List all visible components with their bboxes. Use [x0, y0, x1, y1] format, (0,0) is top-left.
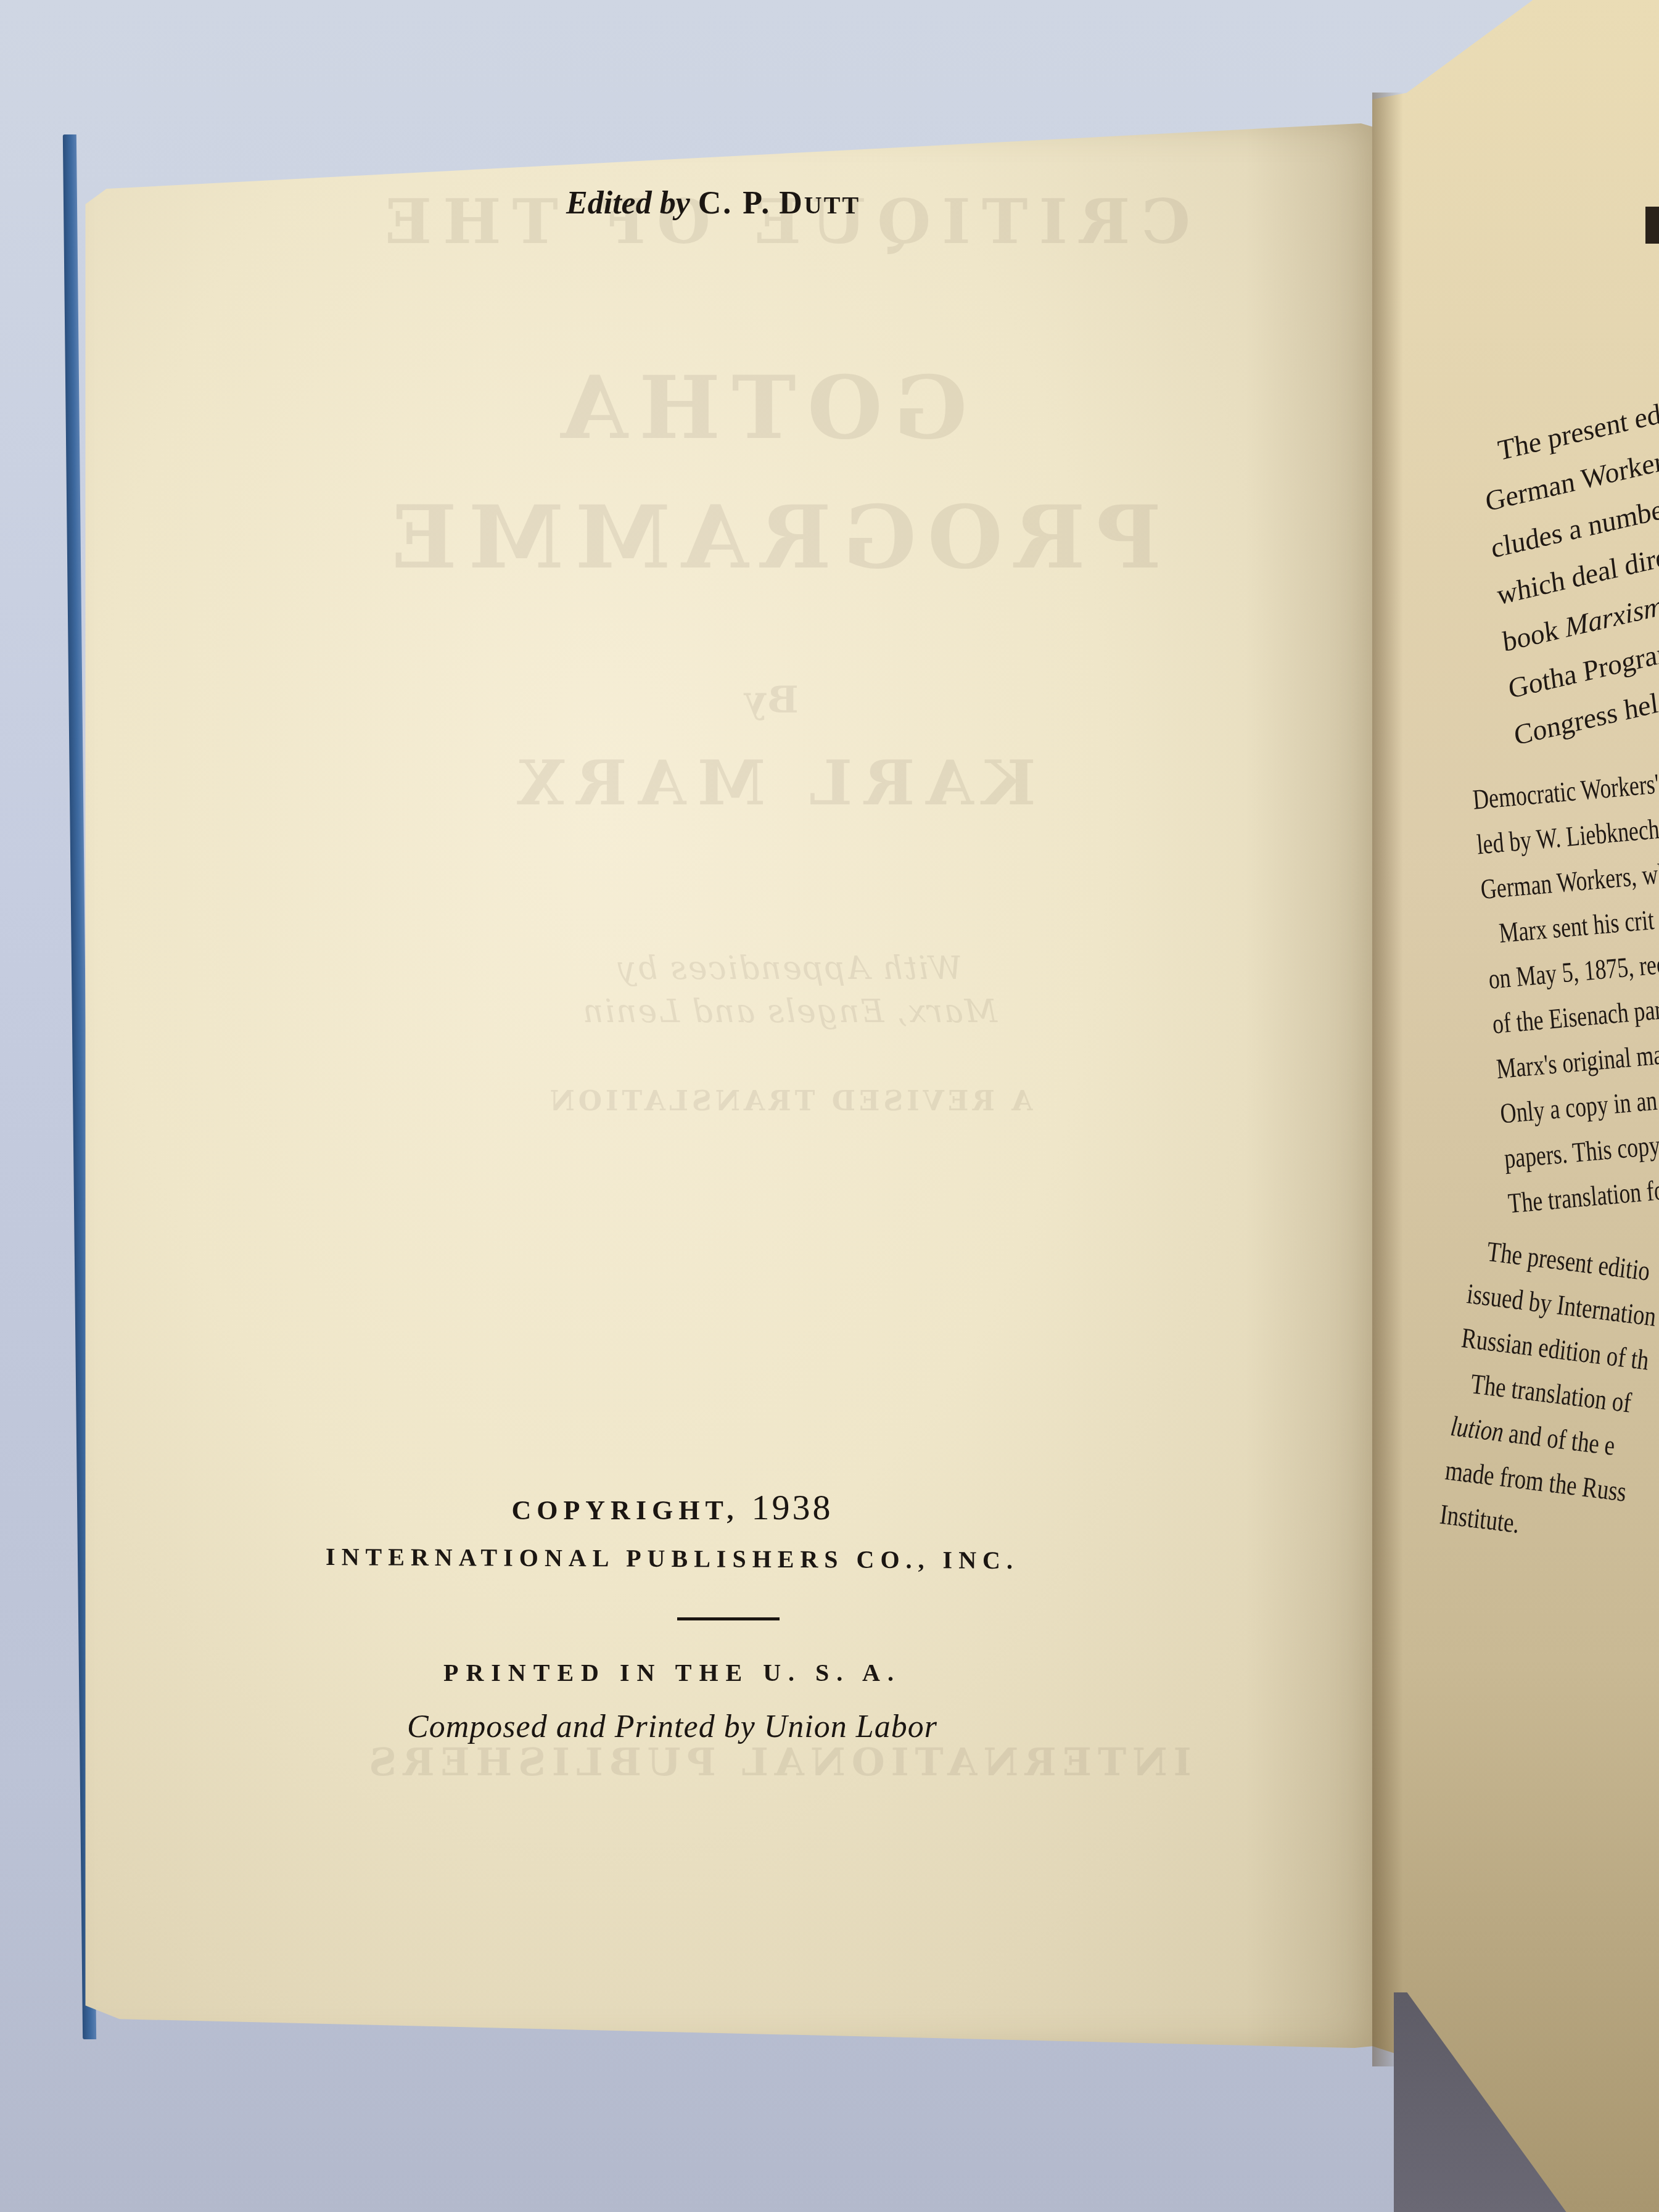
gutter-shadow: [1372, 93, 1403, 2066]
show-through-title-line2: GOTHA: [389, 358, 1129, 459]
printed-in-usa: PRINTED IN THE U. S. A.: [0, 1658, 1344, 1687]
editor-initials: C. P.: [698, 186, 772, 221]
copyright-year: 1938: [752, 1487, 833, 1527]
preface-heading-fragment: [1645, 207, 1659, 244]
show-through-by: By: [370, 679, 1172, 722]
editor-prefix: Edited by: [566, 186, 690, 221]
preface-paragraph-3: The present editio issued by Internation…: [1438, 1228, 1659, 1559]
copyright-label: COPYRIGHT,: [511, 1495, 739, 1525]
show-through-revised: A REVISED TRANSLATION: [389, 1086, 1190, 1117]
editor-surname: DUTT: [779, 186, 860, 221]
editor-credit: Edited by C. P. DUTT: [566, 185, 860, 221]
show-through-appendices-2: Marx, Engels and Lenin: [389, 993, 1190, 1030]
union-labor-note: Composed and Printed by Union Labor: [0, 1709, 1344, 1745]
italic-fragment: lution: [1449, 1410, 1505, 1448]
show-through-author: KARL MARX: [370, 746, 1172, 819]
copyright-page: CRITIQUE OF THE GOTHA PROGRAMME By KARL …: [80, 123, 1394, 2048]
show-through-title-line3: PROGRAMME: [370, 487, 1172, 588]
show-through-appendices-1: With Appendices by: [389, 950, 1190, 987]
copyright-notice: COPYRIGHT, 1938: [0, 1487, 1344, 1528]
show-through-publisher: INTERNATIONAL PUBLISHERS: [284, 1739, 1270, 1785]
divider-rule: [677, 1617, 780, 1620]
